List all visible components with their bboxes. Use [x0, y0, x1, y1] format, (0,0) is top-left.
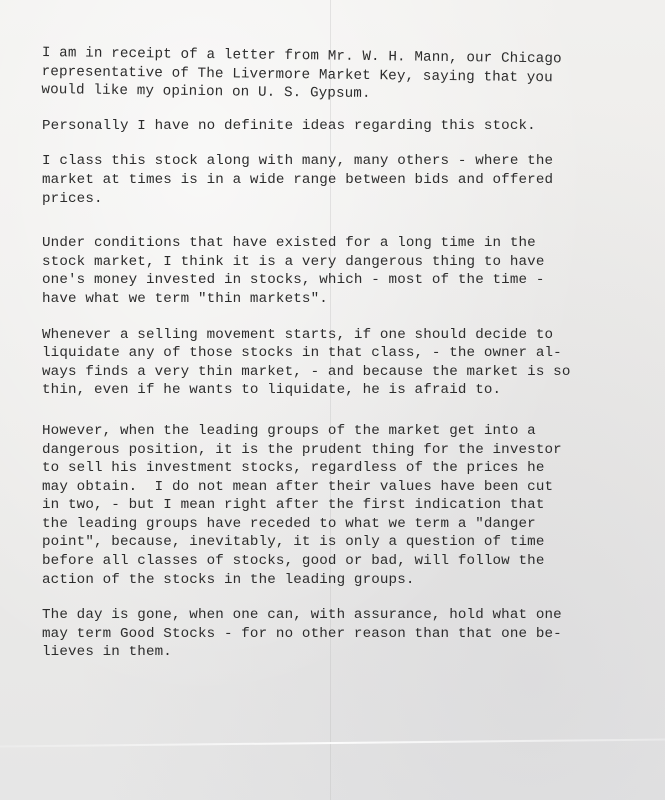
paper-fold-horizontal	[0, 739, 665, 748]
paragraph-selling: Whenever a selling movement starts, if o…	[42, 326, 642, 400]
text-line: may obtain. I do not mean after their va…	[42, 478, 642, 497]
paper-page: I am in receipt of a letter from Mr. W. …	[0, 0, 665, 800]
text-line: dangerous position, it is the prudent th…	[42, 441, 642, 460]
text-line: the leading groups have receded to what …	[42, 515, 642, 534]
text-line: thin, even if he wants to liquidate, he …	[42, 381, 642, 400]
text-line: one's money invested in stocks, which - …	[42, 271, 642, 290]
paragraph-personally: Personally I have no definite ideas rega…	[42, 117, 642, 136]
text-line: However, when the leading groups of the …	[42, 422, 642, 441]
text-line: I class this stock along with many, many…	[42, 152, 642, 171]
text-line: to sell his investment stocks, regardles…	[42, 459, 642, 478]
text-line: Personally I have no definite ideas rega…	[42, 117, 642, 136]
text-line: market at times is in a wide range betwe…	[42, 171, 642, 190]
text-line: ways finds a very thin market, - and bec…	[42, 363, 642, 382]
text-line: action of the stocks in the leading grou…	[42, 571, 642, 590]
text-line: in two, - but I mean right after the fir…	[42, 496, 642, 515]
text-line: may term Good Stocks - for no other reas…	[42, 625, 642, 644]
text-line: have what we term "thin markets".	[42, 290, 642, 309]
text-line: stock market, I think it is a very dange…	[42, 253, 642, 272]
text-line: Whenever a selling movement starts, if o…	[42, 326, 642, 345]
letter-body: I am in receipt of a letter from Mr. W. …	[42, 44, 642, 679]
text-line: lieves in them.	[42, 643, 642, 662]
paragraph-day-is-gone: The day is gone, when one can, with assu…	[42, 606, 642, 662]
text-line: prices.	[42, 190, 642, 209]
paragraph-however: However, when the leading groups of the …	[42, 422, 642, 589]
text-line: liquidate any of those stocks in that cl…	[42, 344, 642, 363]
text-line: The day is gone, when one can, with assu…	[42, 606, 642, 625]
text-line: Under conditions that have existed for a…	[42, 234, 642, 253]
paragraph-conditions: Under conditions that have existed for a…	[42, 234, 642, 308]
paragraph-receipt: I am in receipt of a letter from Mr. W. …	[41, 44, 642, 107]
paragraph-class: I class this stock along with many, many…	[42, 152, 642, 208]
text-line: point", because, inevitably, it is only …	[42, 533, 642, 552]
text-line: before all classes of stocks, good or ba…	[42, 552, 642, 571]
